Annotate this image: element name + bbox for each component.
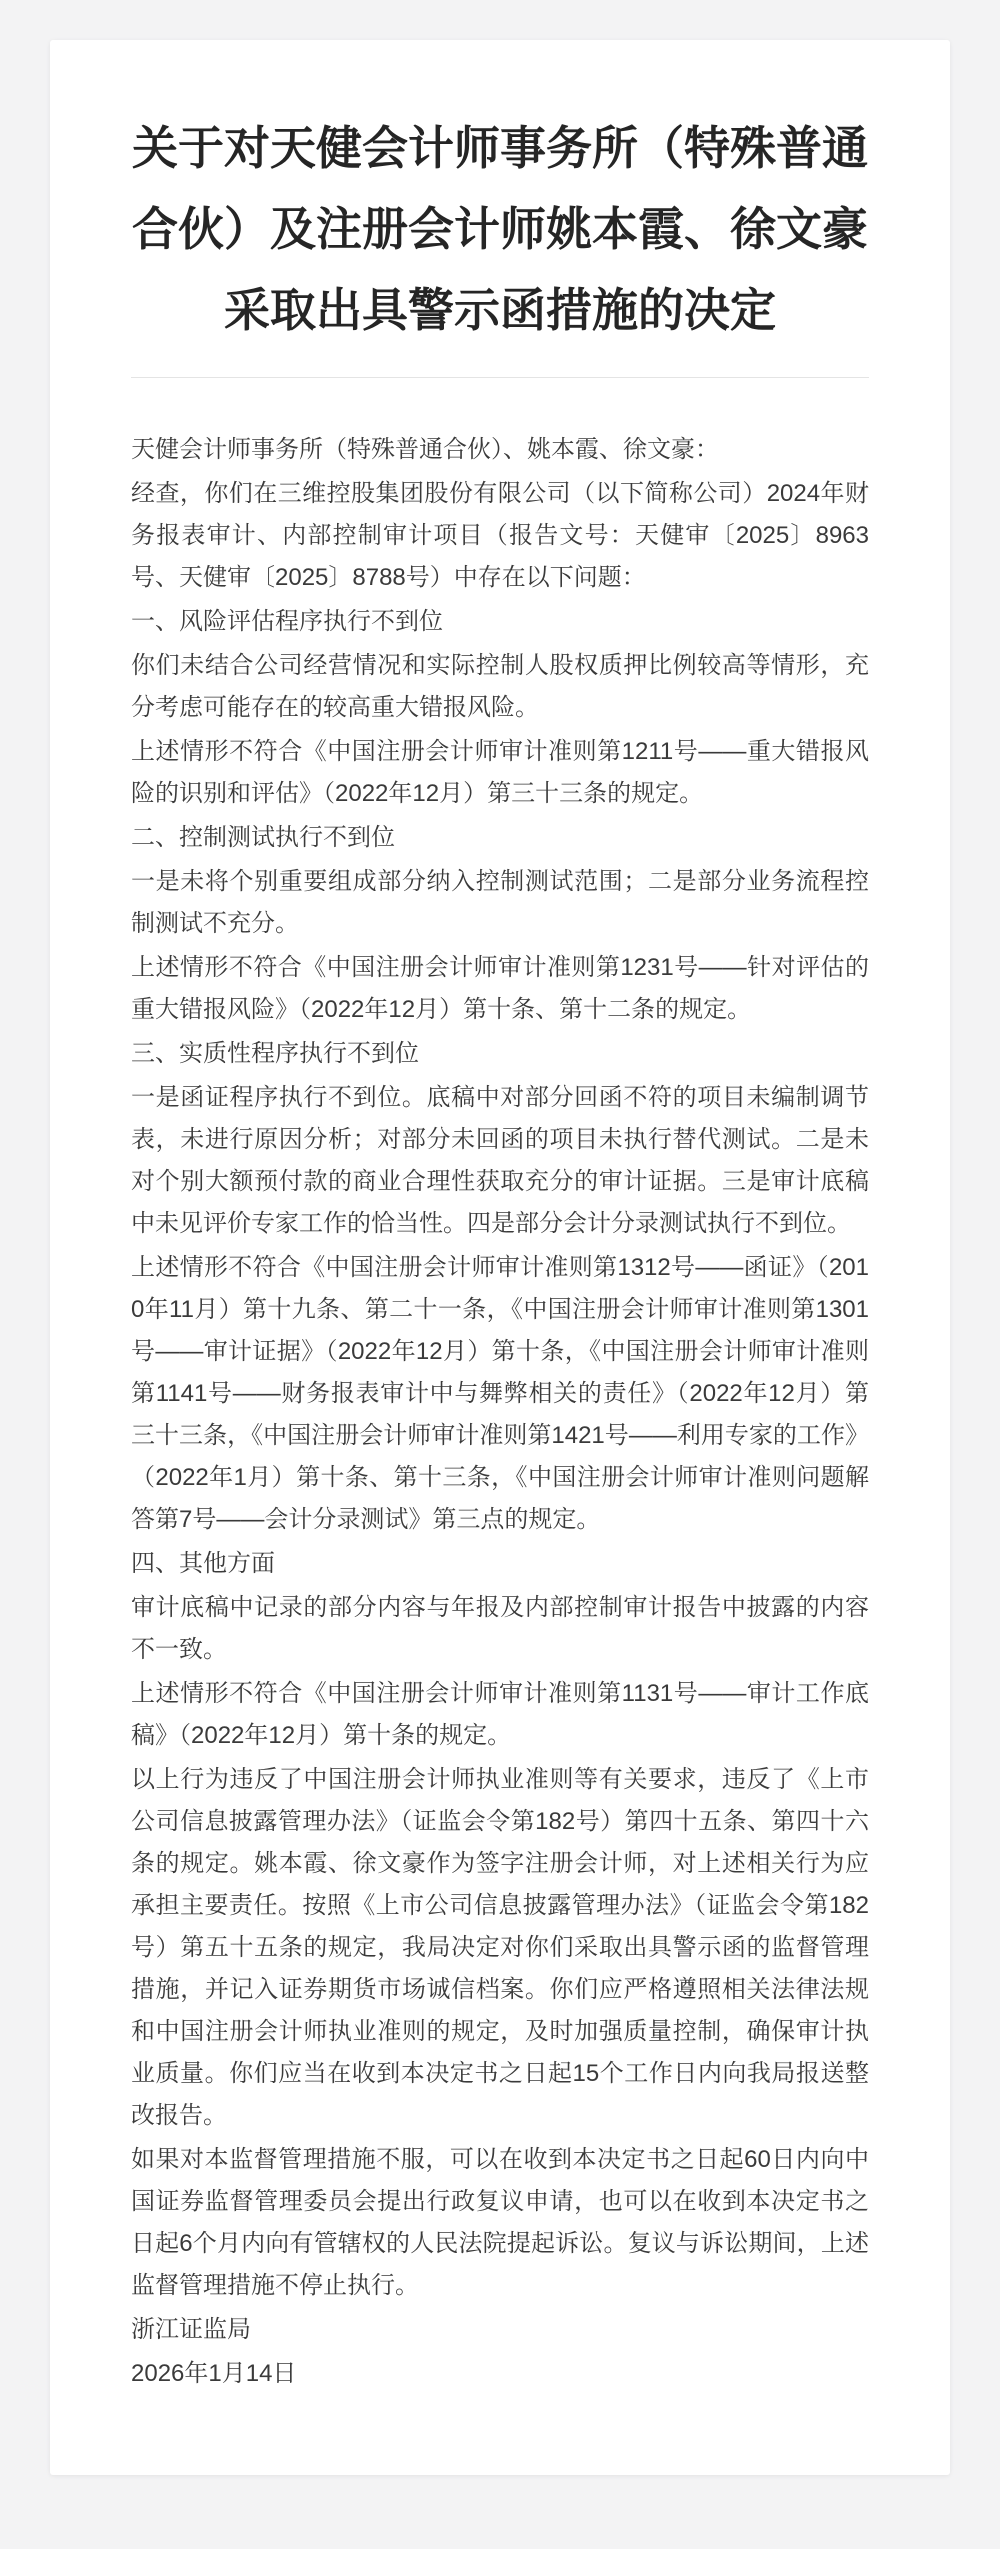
page-background: 关于对天健会计师事务所（特殊普通 合伙）及注册会计师姚本霞、徐文豪 采取出具警示… xyxy=(0,40,1000,2549)
paragraph-body: 经查，你们在三维控股集团股份有限公司（以下简称公司）2024年财务报表审计、内部… xyxy=(131,473,869,599)
paragraph-body: 如果对本监督管理措施不服，可以在收到本决定书之日起60日内向中国证券监督管理委员… xyxy=(131,2139,869,2307)
document-title: 关于对天健会计师事务所（特殊普通 合伙）及注册会计师姚本霞、徐文豪 采取出具警示… xyxy=(131,108,869,351)
paragraph-heading: 四、其他方面 xyxy=(131,1543,869,1585)
paragraph-body: 上述情形不符合《中国注册会计师审计准则第1312号——函证》（2010年11月）… xyxy=(131,1247,869,1541)
document-title-line-1: 关于对天健会计师事务所（特殊普通 xyxy=(131,108,869,189)
document-body: 天健会计师事务所（特殊普通合伙）、姚本霞、徐文豪：经查，你们在三维控股集团股份有… xyxy=(131,429,869,2395)
paragraph-body: 一是函证程序执行不到位。底稿中对部分回函不符的项目未编制调节表，未进行原因分析；… xyxy=(131,1077,869,1245)
paragraph-date: 2026年1月14日 xyxy=(131,2353,869,2395)
document-title-line-3: 采取出具警示函措施的决定 xyxy=(131,270,869,351)
paragraph-body: 审计底稿中记录的部分内容与年报及内部控制审计报告中披露的内容不一致。 xyxy=(131,1587,869,1671)
paragraph-body: 上述情形不符合《中国注册会计师审计准则第1131号——审计工作底稿》（2022年… xyxy=(131,1673,869,1757)
paragraph-heading: 二、控制测试执行不到位 xyxy=(131,817,869,859)
paragraph-heading: 一、风险评估程序执行不到位 xyxy=(131,601,869,643)
paragraph-body: 一是未将个别重要组成部分纳入控制测试范围；二是部分业务流程控制测试不充分。 xyxy=(131,861,869,945)
paragraph-body: 上述情形不符合《中国注册会计师审计准则第1211号——重大错报风险的识别和评估》… xyxy=(131,731,869,815)
paragraph-body: 你们未结合公司经营情况和实际控制人股权质押比例较高等情形，充分考虑可能存在的较高… xyxy=(131,645,869,729)
document-title-line-2: 合伙）及注册会计师姚本霞、徐文豪 xyxy=(131,189,869,270)
title-divider xyxy=(131,377,869,378)
paragraph-signature: 浙江证监局 xyxy=(131,2309,869,2351)
paragraph-heading: 三、实质性程序执行不到位 xyxy=(131,1033,869,1075)
paragraph-body: 上述情形不符合《中国注册会计师审计准则第1231号——针对评估的重大错报风险》（… xyxy=(131,947,869,1031)
paragraph-salutation: 天健会计师事务所（特殊普通合伙）、姚本霞、徐文豪： xyxy=(131,429,869,471)
paragraph-body: 以上行为违反了中国注册会计师执业准则等有关要求，违反了《上市公司信息披露管理办法… xyxy=(131,1759,869,2137)
document-card: 关于对天健会计师事务所（特殊普通 合伙）及注册会计师姚本霞、徐文豪 采取出具警示… xyxy=(50,40,950,2475)
